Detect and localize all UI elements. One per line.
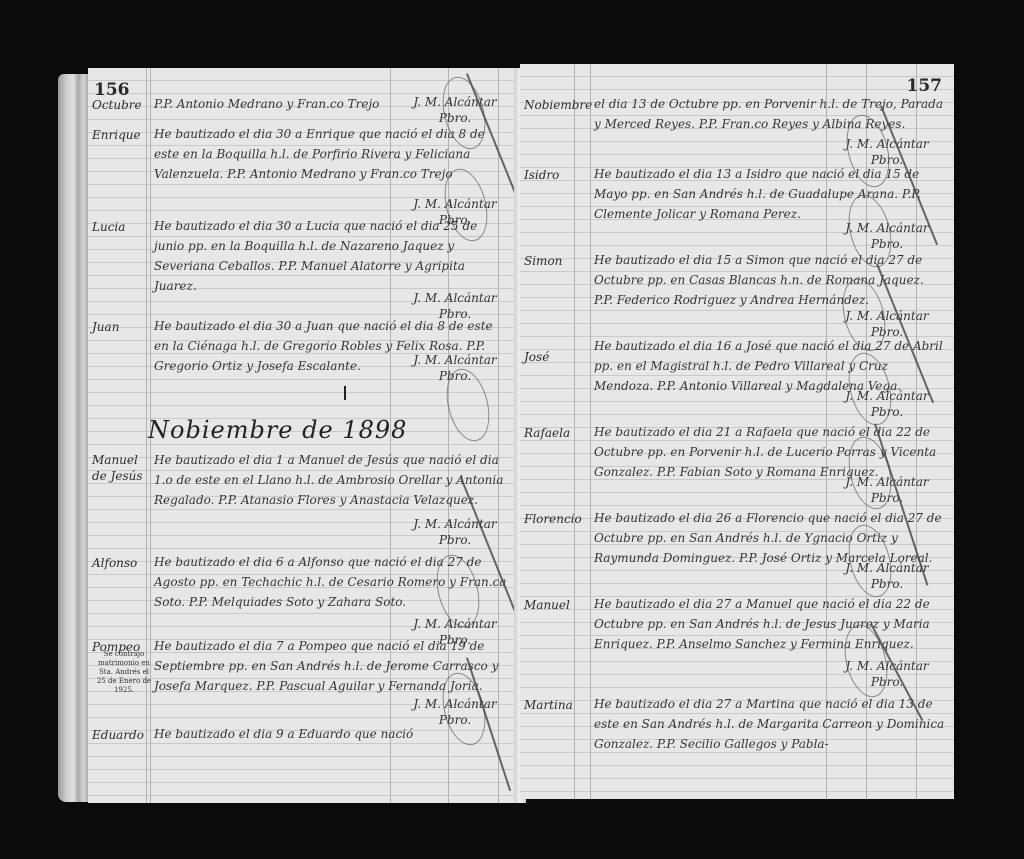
entry-name: Florencio (524, 512, 582, 526)
month-heading: Nobiembre de 1898 (148, 416, 407, 444)
page-number: 157 (907, 76, 943, 96)
entry-name: Isidro (524, 168, 559, 182)
entry-name: Alfonso (92, 556, 137, 570)
entry-name: Lucia (92, 220, 125, 234)
entry-name: Juan (92, 320, 119, 334)
entry-name: Martina (524, 698, 573, 712)
entry-text: He bautizado el dia 21 a Rafaela que nac… (594, 422, 946, 482)
entry-name: Nobiembre (524, 98, 592, 112)
entry-name: Eduardo (92, 728, 144, 742)
entry-text: el dia 13 de Octubre pp. en Porvenir h.l… (594, 94, 946, 134)
entry-name: Enrique (92, 128, 141, 142)
entry-name: José (524, 350, 549, 364)
entry-text: He bautizado el dia 27 a Martina que nac… (594, 694, 946, 754)
entry-text: P.P. Antonio Medrano y Fran.co Trejo (154, 94, 404, 114)
page-stack-edge (58, 74, 92, 802)
entry-name: Rafaela (524, 426, 570, 440)
priest-signature: J. M. AlcántarPbro. (400, 516, 510, 548)
entry-text: He bautizado el dia 16 a José que nació … (594, 336, 946, 396)
entry-name: Simon (524, 254, 562, 268)
entry-text: He bautizado el dia 13 a Isidro que naci… (594, 164, 946, 224)
entry-text: He bautizado el dia 27 a Manuel que naci… (594, 594, 946, 654)
margin-note-marriage: Se contrajo matrimonio en Sta. Andrés el… (94, 650, 154, 695)
register-book: 156 Octubre P.P. Antonio Medrano y Fran.… (58, 62, 958, 807)
page-number: 156 (94, 80, 130, 100)
entry-name: Octubre (92, 98, 142, 112)
ink-mark (344, 386, 346, 400)
entry-name: Manuel de Jesús (92, 452, 148, 484)
entry-name: Manuel (524, 598, 570, 612)
left-page: 156 Octubre P.P. Antonio Medrano y Fran.… (88, 68, 520, 803)
entry-text: He bautizado el dia 15 a Simon que nació… (594, 250, 946, 310)
entry-text: He bautizado el dia 1 a Manuel de Jesús … (154, 450, 510, 510)
right-page: 157 Nobiembre el dia 13 de Octubre pp. e… (520, 64, 954, 799)
entry-text: He bautizado el dia 26 a Florencio que n… (594, 508, 946, 568)
